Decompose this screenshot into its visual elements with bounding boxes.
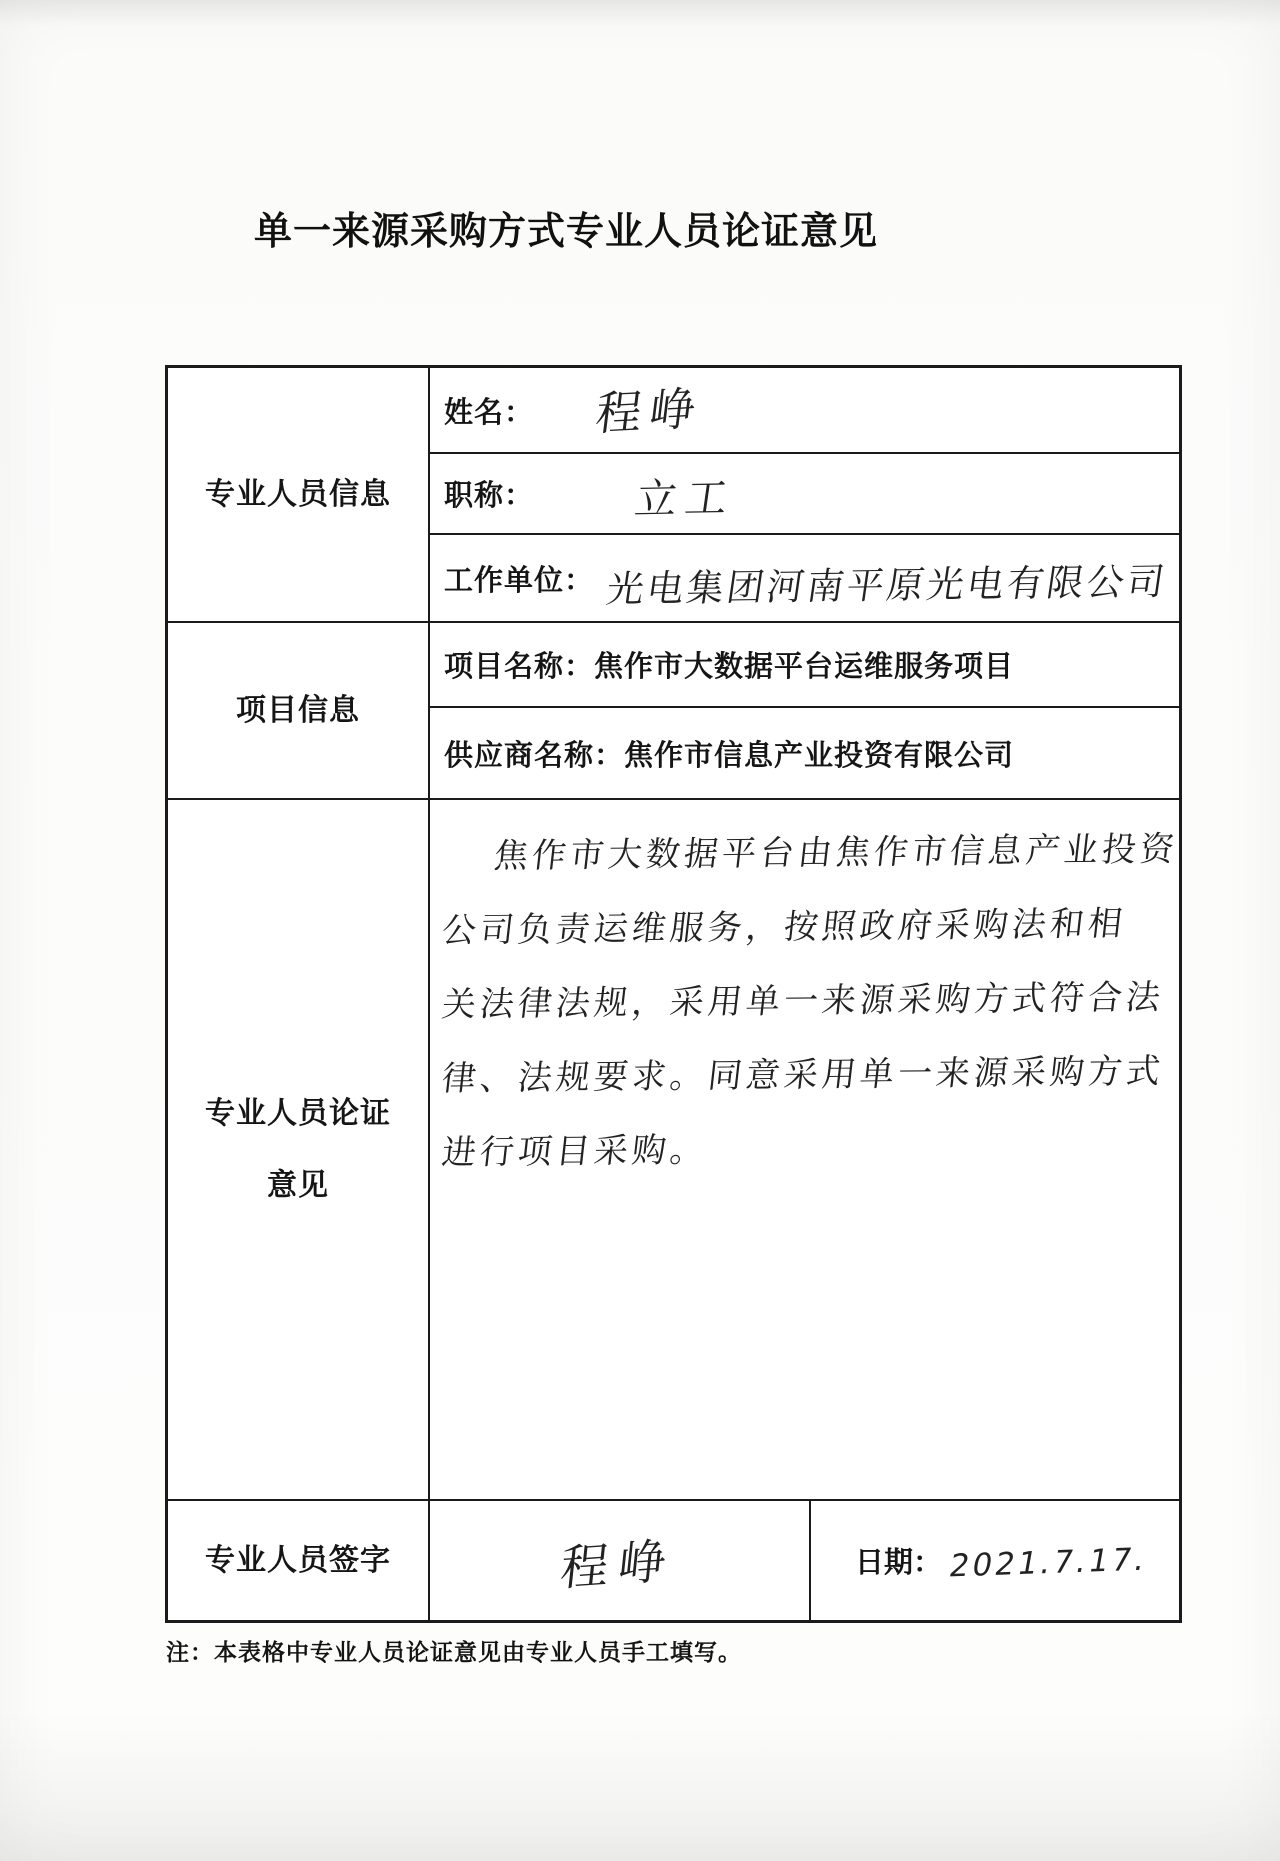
page-title: 单一来源采购方式专业人员论证意见 <box>254 200 878 255</box>
date-value-handwritten: 2021.7.17. <box>947 1541 1151 1584</box>
project-name-value: 焦作市大数据平台运维服务项目 <box>594 644 1014 685</box>
work-unit-row: 工作单位： 光电集团河南平原光电有限公司 <box>430 533 1179 621</box>
footnote: 注：本表格中专业人员论证意见由专业人员手工填写。 <box>166 1634 742 1667</box>
name-value-handwritten: 程峥 <box>592 372 708 444</box>
signature-area: 程峥 <box>430 1501 809 1620</box>
signature-label: 专业人员签字 <box>205 1525 391 1597</box>
section-label-opinion-line1: 专业人员论证 <box>205 1078 391 1150</box>
section-label-opinion: 专业人员论证 意见 <box>168 798 430 1499</box>
section-label-project-text: 项目信息 <box>236 675 360 747</box>
section-label-project: 项目信息 <box>168 621 430 798</box>
work-unit-value-handwritten: 光电集团河南平原光电有限公司 <box>604 551 1172 613</box>
signature-label-cell: 专业人员签字 <box>168 1499 430 1620</box>
scanned-form-page: 单一来源采购方式专业人员论证意见 专业人员信息 姓名： 程峥 职称： 立工 工作… <box>0 0 1280 1861</box>
name-row: 姓名： 程峥 <box>430 368 1179 452</box>
signature-date-row: 程峥 日期： 2021.7.17. <box>430 1499 1179 1620</box>
project-name-row: 项目名称： 焦作市大数据平台运维服务项目 <box>430 621 1179 706</box>
signature-handwritten: 程峥 <box>558 1522 681 1600</box>
name-label: 姓名： <box>444 390 534 431</box>
section-label-personnel: 专业人员信息 <box>168 368 430 621</box>
date-label: 日期： <box>855 1540 942 1581</box>
opinion-line: 公司负责运维服务，按照政府采购法和相 <box>438 886 1169 968</box>
date-cell: 日期： 2021.7.17. <box>809 1501 1179 1620</box>
job-title-label: 职称： <box>444 473 534 514</box>
supplier-row: 供应商名称： 焦作市信息产业投资有限公司 <box>430 706 1179 798</box>
section-label-personnel-text: 专业人员信息 <box>205 459 391 531</box>
job-title-row: 职称： 立工 <box>430 452 1179 533</box>
project-name-label: 项目名称： <box>444 644 594 685</box>
opinion-line: 律、法规要求。同意采用单一来源采购方式 <box>438 1034 1169 1116</box>
form-table: 专业人员信息 姓名： 程峥 职称： 立工 工作单位： 光电集团河南平原光电有限公… <box>165 365 1182 1623</box>
job-title-value-handwritten: 立工 <box>632 465 740 527</box>
section-label-opinion-line2: 意见 <box>267 1150 329 1222</box>
opinion-line: 关法律法规，采用单一来源采购方式符合法 <box>438 960 1169 1042</box>
work-unit-label: 工作单位： <box>444 558 594 599</box>
opinion-line: 进行项目采购。 <box>438 1108 1169 1190</box>
supplier-value: 焦作市信息产业投资有限公司 <box>624 733 1014 774</box>
opinion-handwritten-block: 焦作市大数据平台由焦作市信息产业投资有限 公司负责运维服务，按照政府采购法和相 … <box>430 798 1179 1499</box>
opinion-line: 焦作市大数据平台由焦作市信息产业投资有限 <box>438 812 1169 894</box>
supplier-label: 供应商名称： <box>444 733 624 774</box>
